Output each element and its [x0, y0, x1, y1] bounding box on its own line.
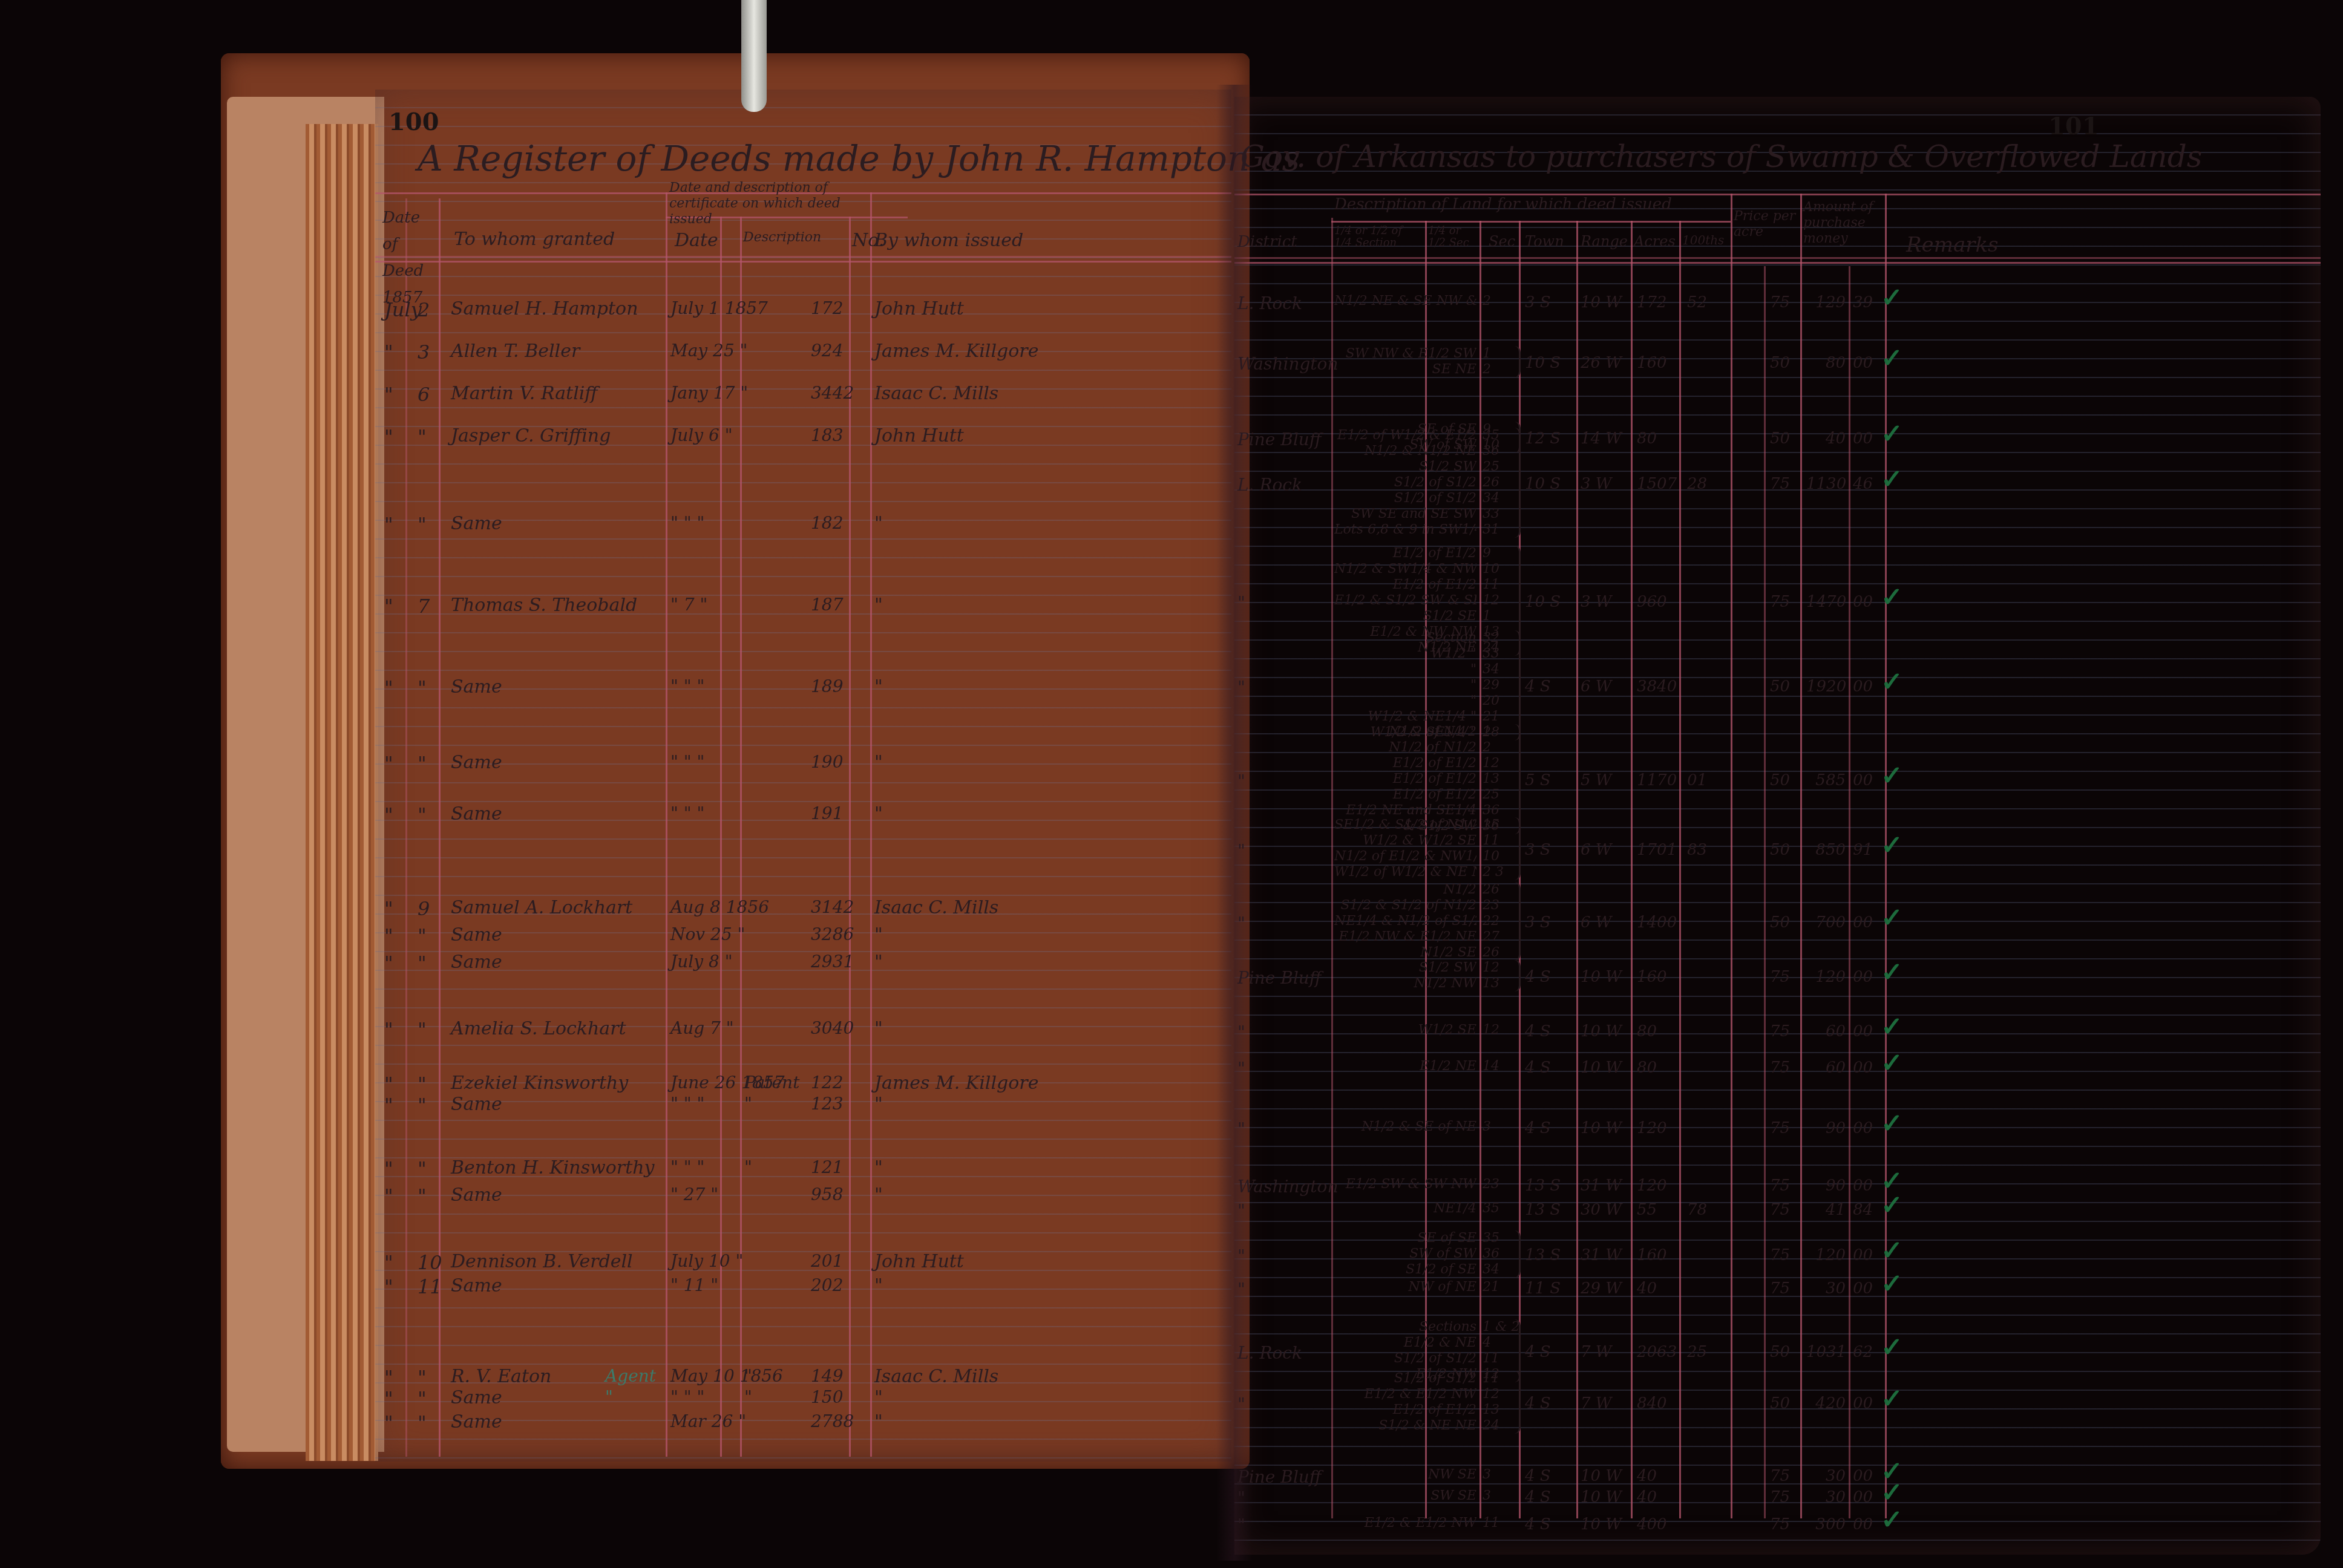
cell-issued-by: James M. Killgore: [874, 1073, 1038, 1094]
cell-town: 10 S: [1525, 475, 1561, 493]
cell-section: 36: [1483, 1246, 1499, 1262]
cell-acres: 40: [1637, 1488, 1657, 1506]
cell-annotation: Agent: [605, 1366, 656, 1386]
header-range: Range: [1581, 233, 1628, 250]
brace-icon: [1514, 960, 1521, 991]
cell-land-part: S1/2 SW: [1334, 459, 1476, 475]
cell-section: 13: [1483, 1402, 1499, 1418]
cell-section: 2: [1483, 740, 1491, 756]
cell-acres: 3840: [1637, 678, 1677, 696]
cell-cert-date: July 10 ": [670, 1251, 743, 1271]
cell-price: 50: [1770, 430, 1790, 448]
cell-description: ": [744, 1387, 752, 1407]
cell-section: 34: [1483, 1262, 1499, 1278]
page-title-right: Gov. of Arkansas to purchasers of Swamp …: [1240, 139, 2202, 174]
cell-land-part: E1/2 of E1/2: [1334, 1402, 1476, 1418]
cell-land-part: W1/2 ": [1334, 646, 1476, 662]
cell-cents: 00: [1853, 1119, 1873, 1137]
cell-range: 14 W: [1581, 430, 1622, 448]
cell-no: 183: [811, 425, 843, 445]
header-sec: Sec: [1489, 233, 1515, 250]
cell-hundredths: 01: [1687, 771, 1707, 789]
cell-town: 3 S: [1525, 913, 1551, 932]
checkmark-icon: ✓: [1881, 419, 1903, 449]
cell-cert-date: May 10 1856: [670, 1366, 783, 1386]
cell-month: ": [384, 513, 393, 536]
cell-land-part: E1/2 NW & E1/2 NE: [1334, 929, 1476, 945]
cell-no: 123: [811, 1094, 843, 1114]
cell-town: 13 S: [1525, 1177, 1561, 1195]
cell-land-part: N1/2 NW: [1334, 976, 1476, 991]
page-number-right: 101: [2048, 112, 2099, 140]
cell-month: ": [384, 595, 393, 618]
cell-section: 34: [1483, 491, 1499, 506]
cell-month: ": [384, 1157, 393, 1180]
cell-range: 7 W: [1581, 1343, 1612, 1361]
cell-section: 2: [1483, 293, 1491, 309]
cell-section: 34: [1483, 662, 1499, 678]
cell-land-part: E1/2 SW & SW NW: [1334, 1177, 1476, 1192]
cell-range: 6 W: [1581, 678, 1612, 696]
cell-acres: 172: [1637, 293, 1667, 312]
checkmark-icon: ✓: [1881, 760, 1903, 791]
cell-no: 3040: [811, 1018, 854, 1038]
cell-grantee: Benton H. Kinsworthy: [451, 1157, 654, 1178]
cell-land-part: S1/2 of S1/2: [1334, 475, 1476, 491]
cell-grantee: Same: [451, 924, 502, 946]
cell-grantee: Same: [451, 676, 502, 697]
cell-acres: 40: [1637, 1279, 1657, 1298]
cell-price: 50: [1770, 678, 1790, 696]
cell-section: 11: [1483, 1351, 1499, 1367]
cell-land-part: SE NE: [1334, 362, 1476, 377]
cell-no: 3142: [811, 897, 854, 917]
cell-acres: 1701: [1637, 841, 1677, 859]
cell-no: 191: [811, 803, 843, 823]
cell-issued-by: Isaac C. Mills: [874, 1366, 998, 1387]
cell-acres: 160: [1637, 1246, 1667, 1264]
right-page: 101 Gov. of Arkansas to purchasers of Sw…: [1234, 97, 2321, 1555]
cell-grantee: Same: [451, 752, 502, 773]
cell-section: 11: [1483, 833, 1499, 849]
cell-grantee: Allen T. Beller: [451, 341, 580, 362]
cell-grantee: Samuel A. Lockhart: [451, 897, 632, 918]
cell-grantee: Samuel H. Hampton: [451, 298, 638, 319]
cell-issued-by: ": [874, 1275, 883, 1296]
cell-land-part: S1/2 & NE NE: [1334, 1418, 1476, 1434]
cell-price: 75: [1770, 1279, 1790, 1298]
cell-price: 50: [1770, 771, 1790, 789]
cell-section: 11: [1483, 577, 1499, 593]
cell-dollars: 585: [1806, 771, 1846, 789]
cell-section: 3: [1483, 1488, 1491, 1504]
cell-dollars: 1130: [1806, 475, 1846, 493]
checkmark-icon: ✓: [1881, 464, 1903, 495]
cell-cents: 00: [1853, 1279, 1873, 1298]
cell-section: 11: [1483, 1515, 1499, 1531]
cell-section: 13: [1483, 976, 1499, 991]
brace-icon: [1514, 882, 1521, 961]
cell-month: ": [384, 1184, 393, 1207]
cell-land-part: Sections: [1334, 1319, 1476, 1335]
cell-description: ": [744, 1157, 752, 1177]
cell-section: 2: [1483, 362, 1491, 377]
cell-section: 26: [1483, 882, 1499, 898]
cell-description: ": [744, 1094, 752, 1114]
cell-section: 10: [1483, 561, 1499, 577]
cell-land-part: N1/2 & SW1/4 & NW1/4 & SESE: [1334, 561, 1476, 577]
checkmark-icon: ✓: [1881, 830, 1903, 861]
cell-section: 3: [1483, 1119, 1491, 1135]
cell-dollars: 120: [1806, 1246, 1846, 1264]
checkmark-icon: ✓: [1881, 1477, 1903, 1508]
cell-town: 4 S: [1525, 1467, 1551, 1485]
header-remarks: Remarks: [1906, 233, 1999, 257]
cell-issued-by: Isaac C. Mills: [874, 897, 998, 918]
cell-day: ": [418, 1157, 427, 1180]
cell-town: 4 S: [1525, 1022, 1551, 1040]
cell-day: ": [418, 676, 427, 699]
cell-cents: 00: [1853, 593, 1873, 611]
cell-issued-by: John Hutt: [874, 1251, 964, 1272]
cell-town: 3 S: [1525, 293, 1551, 312]
cell-price: 75: [1770, 1488, 1790, 1506]
cell-range: 10 W: [1581, 1059, 1622, 1077]
cell-no: 190: [811, 752, 843, 772]
cell-description: ": [744, 1366, 752, 1386]
cell-no: 182: [811, 513, 843, 533]
cell-day: ": [418, 513, 427, 536]
cell-price: 75: [1770, 593, 1790, 611]
cell-cert-date: July 6 ": [670, 425, 733, 445]
cell-range: 3 W: [1581, 593, 1612, 611]
book-gutter: [1216, 85, 1253, 1561]
cell-issued-by: ": [874, 803, 883, 825]
cell-cert-date: " " ": [670, 752, 704, 772]
cell-price: 75: [1770, 1246, 1790, 1264]
cell-issued-by: ": [874, 1018, 883, 1039]
cell-land-part: E1/2 & S1/2 SW & SE NW: [1334, 593, 1476, 609]
cell-day: ": [418, 1073, 427, 1096]
cell-dollars: 30: [1806, 1279, 1846, 1298]
cell-grantee: Same: [451, 513, 502, 534]
cell-dollars: 60: [1806, 1022, 1846, 1040]
cell-section: 1: [1483, 346, 1491, 362]
cell-land-part: N1/2 of N1/2: [1334, 740, 1476, 756]
cell-dollars: 1031: [1806, 1343, 1846, 1361]
cell-month: ": [384, 1251, 393, 1274]
page-edges: [306, 124, 378, 1461]
cell-town: 10 S: [1525, 593, 1561, 611]
cell-cert-date: " " ": [670, 1387, 704, 1407]
cell-cents: 00: [1853, 1488, 1873, 1506]
cell-range: 7 W: [1581, 1394, 1612, 1413]
cell-section: 12: [1483, 593, 1499, 609]
cell-section: 12: [1483, 960, 1499, 976]
cell-cert-date: Jany 17 ": [670, 383, 748, 403]
checkmark-icon: ✓: [1881, 283, 1903, 313]
cell-month: ": [384, 1411, 393, 1434]
cell-land-part: E1/2 of E1/2: [1334, 787, 1476, 803]
cell-dollars: 700: [1806, 913, 1846, 932]
cell-section: 14: [1483, 1059, 1499, 1074]
checkmark-icon: ✓: [1881, 1048, 1903, 1079]
cell-land-part: NW SE: [1334, 1467, 1476, 1483]
cell-no: 121: [811, 1157, 843, 1177]
cell-acres: 55: [1637, 1201, 1657, 1219]
cell-issued-by: ": [874, 1157, 883, 1178]
cell-land-part: E1/2 & E1/2 NW: [1334, 1515, 1476, 1531]
cell-grantee: Ezekiel Kinsworthy: [451, 1073, 628, 1094]
header-land-group: Description of Land for which deed issue…: [1334, 197, 1697, 212]
cell-day: 3: [418, 341, 430, 364]
cell-price: 75: [1770, 1022, 1790, 1040]
cell-no: 187: [811, 595, 843, 615]
page-title-left: A Register of Deeds made by John R. Hamp…: [418, 138, 1300, 179]
cell-dollars: 420: [1806, 1394, 1846, 1413]
cell-grantee: Martin V. Ratliff: [451, 383, 598, 404]
cell-price: 75: [1770, 1515, 1790, 1534]
cell-month: ": [384, 425, 393, 448]
cell-month: ": [384, 1018, 393, 1041]
cell-acres: 1170: [1637, 771, 1677, 789]
brace-icon: [1514, 1230, 1521, 1278]
cell-section: 26: [1483, 945, 1499, 961]
cell-cert-date: July 8 ": [670, 952, 733, 972]
cell-section: 25: [1483, 787, 1499, 803]
cell-hundredths: 28: [1687, 475, 1707, 493]
cell-land-part: SW SE: [1334, 1488, 1476, 1504]
cell-range: 31 W: [1581, 1246, 1622, 1264]
cell-land-part: E1/2 NE and SE1/4: [1334, 803, 1476, 818]
cell-range: 10 W: [1581, 1119, 1622, 1137]
cell-town: 5 S: [1525, 771, 1551, 789]
cell-range: 10 W: [1581, 1488, 1622, 1506]
cell-cents: 91: [1853, 841, 1873, 859]
cell-grantee: Same: [451, 1387, 502, 1408]
header-part-of-quarter: 1/4 or 1/2 of 1/4 Section: [1334, 225, 1422, 249]
cell-day: ": [418, 752, 427, 775]
cell-day: 6: [418, 383, 430, 406]
cell-price: 75: [1770, 1059, 1790, 1077]
cell-dollars: 120: [1806, 968, 1846, 986]
cell-land-part: Lots 6,8 & 9 in SW1/4: [1334, 522, 1476, 538]
cell-cert-date: " " ": [670, 1094, 704, 1114]
cell-section: 25: [1483, 459, 1499, 475]
cell-section: 22: [1483, 913, 1499, 929]
cell-day: ": [418, 803, 427, 826]
checkmark-icon: ✓: [1881, 1190, 1903, 1221]
cell-cert-date: May 25 ": [670, 341, 748, 361]
checkmark-icon: ✓: [1881, 343, 1903, 374]
cell-issued-by: James M. Killgore: [874, 341, 1038, 362]
cell-hundredths: 25: [1687, 1343, 1707, 1361]
cell-month: ": [384, 952, 393, 975]
cell-cents: 39: [1853, 293, 1873, 312]
cell-land-part: W1/2 & W1/2 SE: [1334, 833, 1476, 849]
cell-section: 15: [1483, 817, 1499, 833]
cell-section: 35: [1483, 1201, 1499, 1217]
cell-section: 36: [1483, 803, 1499, 818]
cell-cents: 46: [1853, 475, 1873, 493]
cell-section: 3: [1483, 1467, 1491, 1483]
cell-price: 75: [1770, 1467, 1790, 1485]
cell-range: 10 W: [1581, 1022, 1622, 1040]
cell-dollars: 1470: [1806, 593, 1846, 611]
cell-issued-by: ": [874, 952, 883, 973]
cell-dollars: 60: [1806, 1059, 1846, 1077]
cell-month: ": [384, 1275, 393, 1298]
cell-dollars: 30: [1806, 1488, 1846, 1506]
cell-cents: 00: [1853, 1059, 1873, 1077]
cell-month: ": [384, 1073, 393, 1096]
cell-grantee: Same: [451, 803, 502, 825]
cell-range: 10 W: [1581, 293, 1622, 312]
cell-acres: 1507: [1637, 475, 1677, 493]
cell-day: ": [418, 1018, 427, 1041]
cell-range: 3 W: [1581, 475, 1612, 493]
cell-no: 2931: [811, 952, 854, 972]
cell-land-part: N1/2 & N1/2 NE: [1334, 443, 1476, 459]
cell-month: ": [384, 803, 393, 826]
cell-land-part: S1/2 of SE: [1334, 1262, 1476, 1278]
cell-price: 75: [1770, 1177, 1790, 1195]
cell-section: 12: [1483, 1022, 1499, 1038]
header-by-whom-issued: By whom issued: [874, 230, 1023, 251]
cell-dollars: 850: [1806, 841, 1846, 859]
cell-section: 26: [1483, 475, 1499, 491]
cell-day: ": [418, 952, 427, 975]
cell-range: 6 W: [1581, 841, 1612, 859]
cell-annotation: ": [605, 1387, 613, 1407]
cell-town: 13 S: [1525, 1201, 1561, 1219]
cell-land-part: E1/2 & NE: [1334, 1335, 1476, 1351]
cell-cert-date: Aug 8 1856: [670, 897, 769, 917]
cell-day: ": [418, 1387, 427, 1410]
cell-land-part: S1/2 of S1/2: [1334, 1371, 1476, 1387]
cell-range: 5 W: [1581, 771, 1612, 789]
cell-no: 189: [811, 676, 843, 696]
cell-grantee: Same: [451, 952, 502, 973]
cell-day: ": [418, 1184, 427, 1207]
cell-section: 33: [1483, 506, 1499, 522]
cell-section: 20: [1483, 693, 1499, 709]
cell-grantee: Amelia S. Lockhart: [451, 1018, 626, 1039]
cell-month: ": [384, 341, 393, 364]
cell-month: ": [384, 676, 393, 699]
cell-cents: 00: [1853, 1177, 1873, 1195]
cell-acres: 1400: [1637, 913, 1677, 932]
header-to-whom-granted: To whom granted: [454, 229, 615, 250]
cell-cents: 00: [1853, 1394, 1873, 1413]
cell-acres: 400: [1637, 1515, 1667, 1534]
cell-land-part: S1/2 of S1/2: [1334, 1351, 1476, 1367]
checkmark-icon: ✓: [1881, 667, 1903, 697]
cell-range: 10 W: [1581, 1467, 1622, 1485]
cell-cert-date: Mar 26 ": [670, 1411, 746, 1431]
cell-town: 13 S: [1525, 1246, 1561, 1264]
cell-range: 6 W: [1581, 913, 1612, 932]
cell-cert-date: " " ": [670, 676, 704, 696]
cell-grantee: Thomas S. Theobald: [451, 595, 637, 616]
cell-section: 35: [1483, 428, 1499, 443]
cell-dollars: 41: [1806, 1201, 1846, 1219]
cell-price: 75: [1770, 475, 1790, 493]
cell-town: 4 S: [1525, 1515, 1551, 1534]
cell-section: 32: [1483, 630, 1499, 646]
cell-month: ": [384, 924, 393, 947]
cell-price: 75: [1770, 1201, 1790, 1219]
cell-cents: 00: [1853, 354, 1873, 372]
cell-section: 23: [1483, 898, 1499, 913]
cell-day: ": [418, 924, 427, 947]
cell-price: 50: [1770, 841, 1790, 859]
cell-dollars: 90: [1806, 1177, 1846, 1195]
cell-issued-by: Isaac C. Mills: [874, 383, 998, 404]
cell-no: 122: [811, 1073, 843, 1093]
cell-issued-by: John Hutt: [874, 425, 964, 446]
cell-land-part: S1/2 SE: [1334, 609, 1476, 624]
cell-section: 36: [1483, 443, 1499, 459]
cell-land-part: S1/2 SW: [1334, 960, 1476, 976]
checkmark-icon: ✓: [1881, 1235, 1903, 1266]
cell-land-part: NW of NE: [1334, 1279, 1476, 1295]
cell-land-part: N1/2 of E1/2 & NW1/2 & S1/2 NE: [1334, 849, 1476, 864]
checkmark-icon: ✓: [1881, 1504, 1903, 1535]
cell-acres: 2063: [1637, 1343, 1677, 1361]
cell-issued-by: ": [874, 513, 883, 534]
cell-issued-by: ": [874, 595, 883, 616]
cell-dollars: 30: [1806, 1467, 1846, 1485]
cell-hundredths: 52: [1687, 293, 1707, 312]
cell-day: ": [418, 1094, 427, 1117]
cell-range: 26 W: [1581, 354, 1622, 372]
cell-cents: 00: [1853, 1515, 1873, 1534]
cell-land-part: SW NW & E1/2 SW: [1334, 346, 1476, 362]
checkmark-icon: ✓: [1881, 1332, 1903, 1363]
cell-land-part: SW SE and SE SW: [1334, 506, 1476, 522]
cell-issued-by: ": [874, 676, 883, 697]
cell-day: ": [418, 1411, 427, 1434]
cell-town: 4 S: [1525, 1119, 1551, 1137]
cell-issued-by: ": [874, 1184, 883, 1206]
cell-land-part: Section: [1334, 630, 1476, 646]
brace-icon: [1514, 346, 1521, 377]
cell-land-part: SE of SE: [1334, 1230, 1476, 1246]
checkmark-icon: ✓: [1881, 1383, 1903, 1414]
cell-town: 3 S: [1525, 841, 1551, 859]
cell-cents: 00: [1853, 678, 1873, 696]
cell-land-part: E1/2 of E1/2: [1334, 756, 1476, 771]
cell-cents: 84: [1853, 1201, 1873, 1219]
cell-land-part: E1/2 of W1/2 & E1/2: [1334, 428, 1476, 443]
cell-cents: 00: [1853, 968, 1873, 986]
cell-cert-date: Aug 7 ": [670, 1018, 734, 1038]
brace-icon: [1514, 428, 1521, 538]
cell-range: 10 W: [1581, 968, 1622, 986]
cell-range: 10 W: [1581, 1515, 1622, 1534]
cell-section: 23: [1483, 1177, 1499, 1192]
cell-description: Patent: [744, 1073, 799, 1093]
cell-dollars: 1920: [1806, 678, 1846, 696]
cell-town: 4 S: [1525, 678, 1551, 696]
checkmark-icon: ✓: [1881, 1108, 1903, 1139]
cell-land-part: SW of SW: [1334, 1246, 1476, 1262]
cell-range: 30 W: [1581, 1201, 1622, 1219]
metal-page-clip: [741, 0, 767, 112]
header-description: Description: [743, 230, 821, 245]
cell-range: 29 W: [1581, 1279, 1622, 1298]
